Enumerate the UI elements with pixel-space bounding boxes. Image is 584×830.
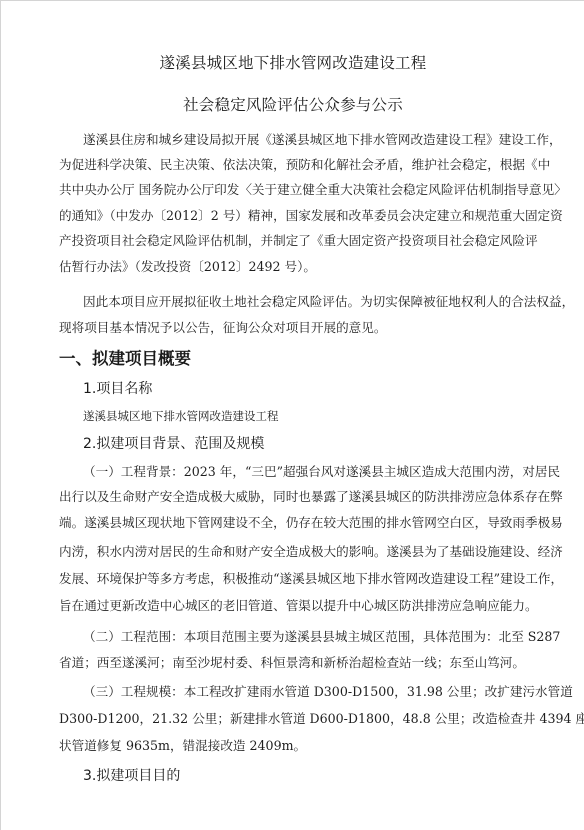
subsection-heading: 2.拟建项目背景、范围及规模 (83, 433, 264, 453)
background-line: （一）工程背景：2023 年，“三巴”超强台风对遂溪县主城区造成大范围内涝，对居… (83, 464, 529, 480)
document-page: 遂溪县城区地下排水管网改造建设工程 社会稳定风险评估公众参与公示 遂溪县住房和城… (0, 0, 584, 830)
project-name-text: 遂溪县城区地下排水管网改造建设工程 (83, 408, 279, 424)
intro-p1-line: 估暂行办法》（发改投资〔2012〕2492 号）。 (59, 259, 529, 275)
intro-p1-line: 的通知》（中发办〔2012〕2 号）精神，国家发展和改革委员会决定建立和规范重大… (59, 208, 529, 224)
scale-line: 状管道修复 9635m，错混接改造 2409m。 (59, 738, 529, 754)
intro-p2-line: 因此本项目应开展拟征收土地社会稳定风险评估。为切实保障被征地权利人的合法权益， (83, 294, 529, 310)
document-subtitle: 社会稳定风险评估公众参与公示 (1, 93, 584, 115)
intro-p1-line: 为促进科学决策、民主决策、依法决策，预防和化解社会矛盾，维护社会稳定，根据《中 (59, 157, 529, 173)
subsection-heading: 3.拟建项目目的 (83, 765, 180, 785)
intro-p1-line: 产投资项目社会稳定风险评估机制，并制定了《重大固定资产投资项目社会稳定风险评 (59, 233, 529, 249)
background-line: 发展、环境保护等多方考虑，积极推动“遂溪县城区地下排水管网改造建设工程”建设工作… (59, 571, 529, 587)
scale-line: D300-D1200，21.32 公里；新建排水管道 D600-D1800，48… (59, 711, 529, 727)
background-line: 旨在通过更新改造中心城区的老旧管道、管渠以提升中心城区防洪排涝应急响应能力。 (59, 598, 529, 614)
scale-line: （三）工程规模：本工程改扩建雨水管道 D300-D1500，31.98 公里；改… (83, 684, 529, 700)
scope-line: （二）工程范围：本项目范围主要为遂溪县县城主城区范围，具体范围为：北至 S287 (83, 629, 529, 645)
intro-p1-line: 共中央办公厅 国务院办公厅印发〈关于建立健全重大决策社会稳定风险评估机制指导意见… (59, 182, 529, 198)
background-line: 内涝，积水内涝对居民的生命和财产安全造成极大的影响。遂溪县为了基础设施建设、经济 (59, 544, 529, 560)
background-line: 出行以及生命财产安全造成极大威胁，同时也暴露了遂溪县城区的防洪排涝应急体系存在弊 (59, 489, 529, 505)
section-heading: 一、拟建项目概要 (59, 345, 191, 369)
scope-line: 省道；西至遂溪河；南至沙坭村委、科恒景湾和新桥治超检查站一线；东至山笃河。 (59, 655, 529, 671)
intro-p1-line: 遂溪县住房和城乡建设局拟开展《遂溪县城区地下排水管网改造建设工程》建设工作， (83, 132, 529, 148)
document-title: 遂溪县城区地下排水管网改造建设工程 (1, 51, 584, 73)
intro-p2-line: 现将项目基本情况予以公告，征询公众对项目开展的意见。 (59, 320, 529, 336)
subsection-heading: 1.项目名称 (83, 378, 152, 398)
background-line: 端。遂溪县城区现状地下管网建设不全，仍存在较大范围的排水管网空白区，导致雨季极易 (59, 515, 529, 531)
